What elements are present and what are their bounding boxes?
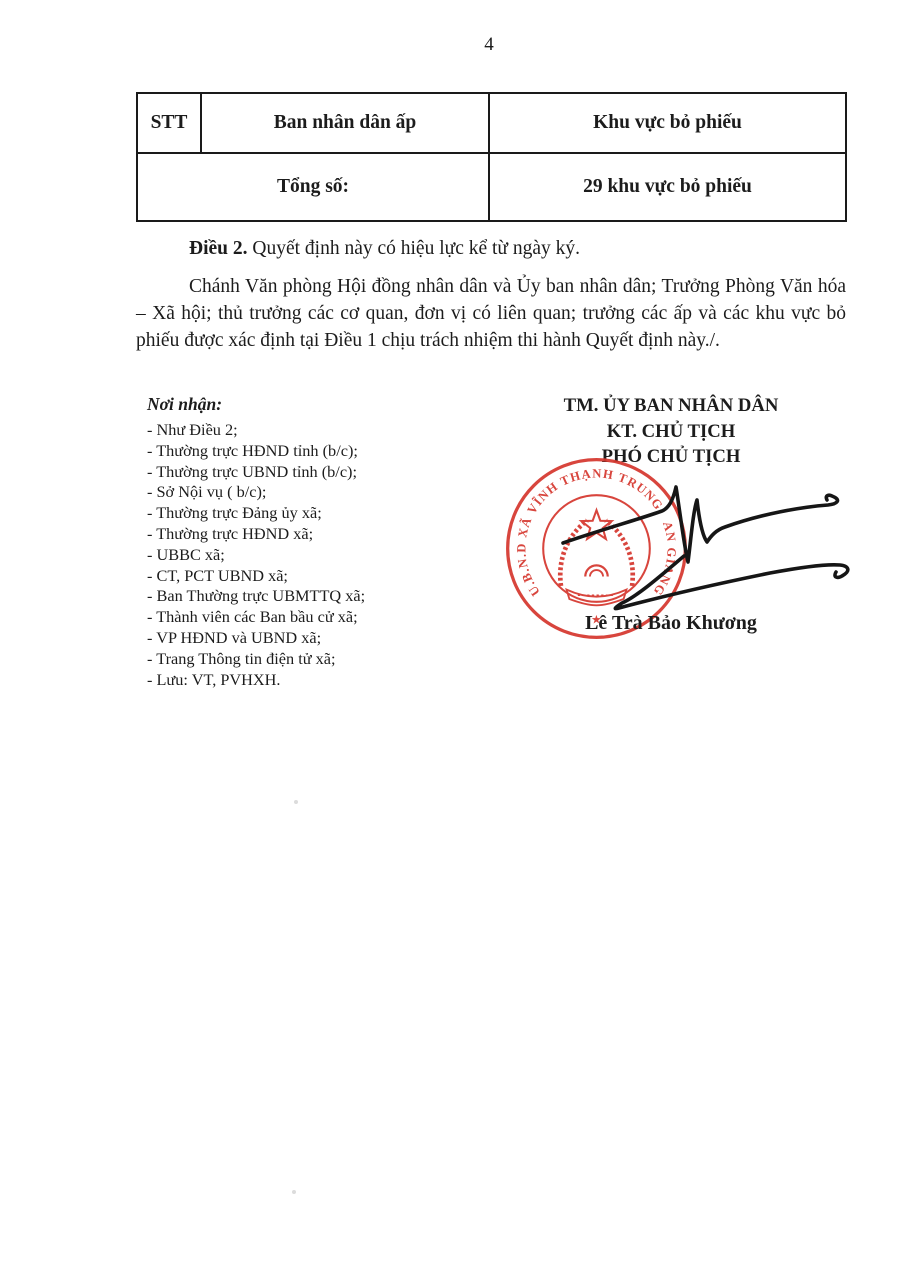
recipient-item: - Thường trực HĐND tỉnh (b/c);	[147, 441, 467, 462]
article-2-text: Quyết định này có hiệu lực kể từ ngày ký…	[252, 238, 580, 259]
recipient-item: - Thường trực HĐND xã;	[147, 524, 467, 545]
total-label-cell: Tổng số:	[137, 153, 489, 221]
recipient-item: - Như Điều 2;	[147, 420, 467, 441]
recipients-block: Nơi nhận: - Như Điều 2; - Thường trực HĐ…	[147, 394, 467, 690]
table-header-row: STT Ban nhân dân ấp Khu vực bỏ phiếu	[137, 93, 846, 153]
implementation-paragraph: Chánh Văn phòng Hội đồng nhân dân và Ủy …	[136, 274, 846, 354]
header-cell-stt: STT	[137, 93, 201, 153]
recipient-item: - Trang Thông tin điện tử xã;	[147, 649, 467, 670]
signing-authority: TM. ỦY BAN NHÂN DÂN	[515, 393, 827, 419]
polling-areas-table: STT Ban nhân dân ấp Khu vực bỏ phiếu Tổn…	[136, 92, 847, 222]
article-2-label: Điều 2.	[189, 238, 248, 259]
total-value-cell: 29 khu vực bỏ phiếu	[489, 153, 846, 221]
recipient-item: - Ban Thường trực UBMTTQ xã;	[147, 586, 467, 607]
table-total-row: Tổng số: 29 khu vực bỏ phiếu	[137, 153, 846, 221]
recipient-item: - CT, PCT UBND xã;	[147, 566, 467, 587]
article-2-paragraph: Điều 2. Quyết định này có hiệu lực kể từ…	[136, 236, 846, 263]
scan-speck	[292, 1190, 296, 1194]
recipient-item: - Thành viên các Ban bầu cử xã;	[147, 607, 467, 628]
recipient-item: - Thường trực UBND tỉnh (b/c);	[147, 462, 467, 483]
recipient-item: - Thường trực Đảng ủy xã;	[147, 503, 467, 524]
recipient-item: - UBBC xã;	[147, 545, 467, 566]
signature-stroke-lower	[615, 556, 848, 609]
recipient-item: - VP HĐND và UBND xã;	[147, 628, 467, 649]
scan-speck	[294, 800, 298, 804]
header-cell-committee: Ban nhân dân ấp	[201, 93, 489, 153]
signer-name: Lê Trà Bảo Khương	[515, 612, 827, 635]
signing-capacity: KT. CHỦ TỊCH	[515, 419, 827, 445]
header-cell-area: Khu vực bỏ phiếu	[489, 93, 846, 153]
recipient-item: - Sở Nội vụ ( b/c);	[147, 482, 467, 503]
page-number: 4	[424, 34, 554, 56]
recipients-label: Nơi nhận:	[147, 394, 467, 415]
recipient-item: - Lưu: VT, PVHXH.	[147, 670, 467, 691]
signature-stroke-upper	[563, 487, 838, 562]
